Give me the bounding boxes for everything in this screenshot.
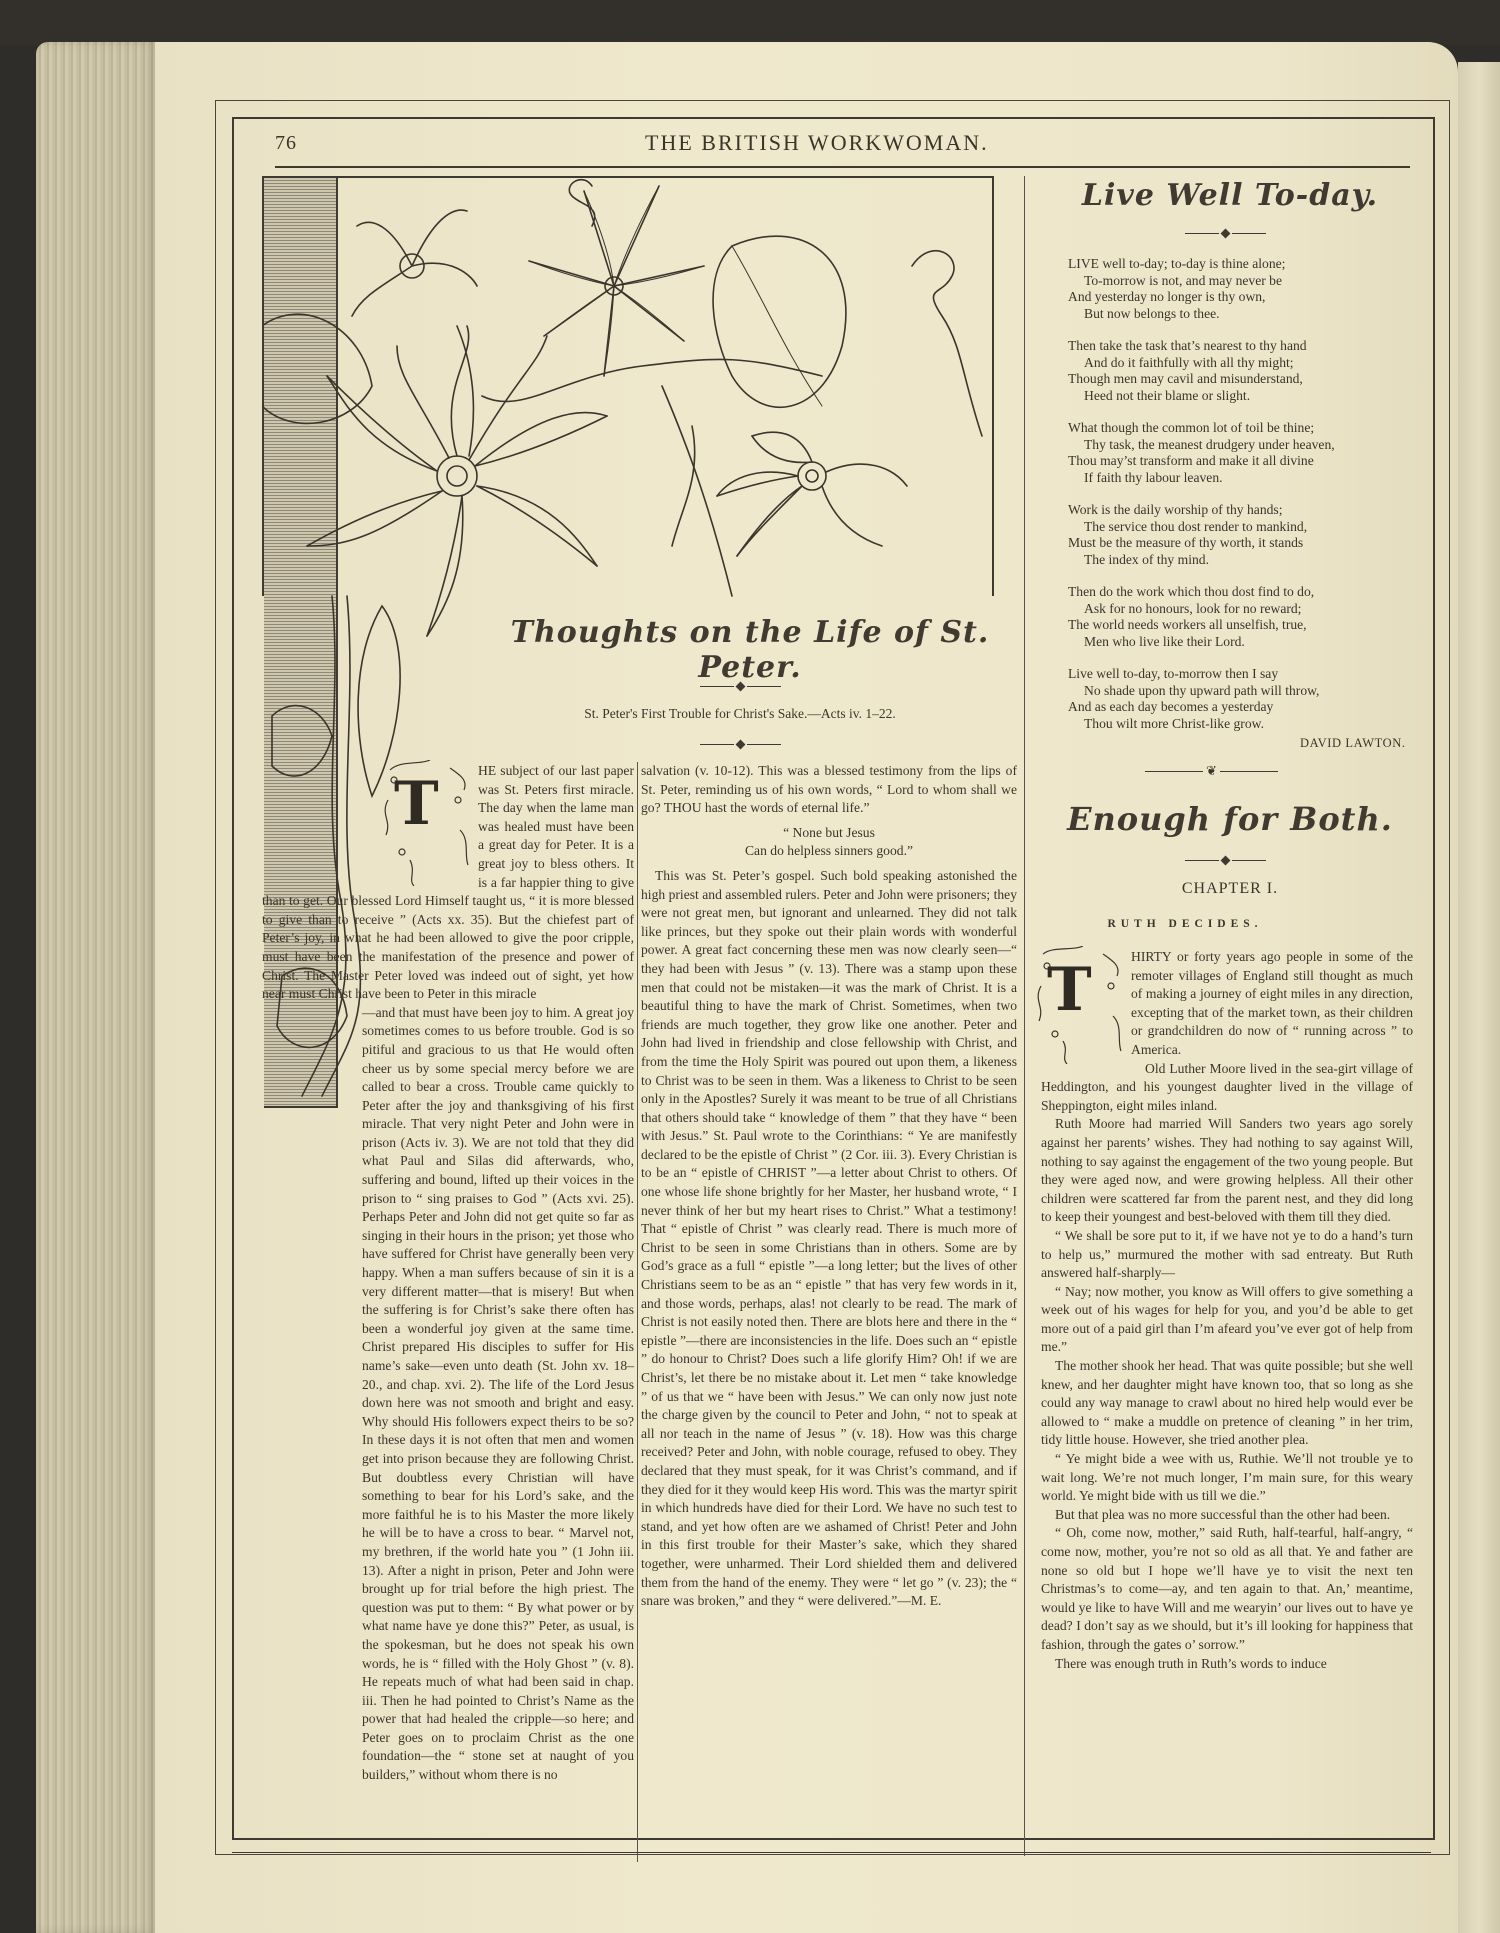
- story-title: Enough for Both.: [1040, 800, 1420, 838]
- story-paragraph: T HIRTY or forty years ago people in som…: [1041, 948, 1413, 1060]
- chapter-heading: CHAPTER I.: [1040, 880, 1420, 898]
- poem-stanza: Then take the task that’s nearest to thy…: [1068, 338, 1428, 404]
- poem-stanza: Work is the daily worship of thy hands; …: [1068, 502, 1428, 568]
- magazine-title: THE BRITISH WORKWOMAN.: [645, 130, 989, 156]
- article-paragraph: —and that must have been joy to him. A g…: [262, 1004, 634, 1785]
- ornament-rule: [700, 741, 781, 748]
- story-paragraph: “ Oh, come now, mother,” said Ruth, half…: [1041, 1524, 1413, 1654]
- drop-cap-letter: T: [1047, 960, 1089, 1020]
- footer-rule: [232, 1852, 1431, 1853]
- running-head: 76 THE BRITISH WORKWOMAN.: [275, 130, 1410, 160]
- poem-title: Live Well To-day.: [1040, 178, 1420, 213]
- story-paragraph: But that plea was no more successful tha…: [1041, 1506, 1413, 1525]
- article-paragraph: This was St. Peter’s gospel. Such bold s…: [641, 867, 1017, 1611]
- header-rule: [275, 166, 1410, 168]
- chapter-title: RUTH DECIDES.: [1040, 918, 1330, 930]
- poem-stanza: Then do the work which thou dost find to…: [1068, 584, 1428, 650]
- drop-cap: T: [1033, 946, 1125, 1064]
- article-column-2: salvation (v. 10-12). This was a blessed…: [641, 762, 1017, 1611]
- facing-page-edge: [1458, 62, 1500, 1933]
- drop-cap-letter: T: [394, 774, 436, 834]
- article-title: Thoughts on the Life of St. Peter.: [500, 615, 1000, 685]
- ornament-rule: [1185, 230, 1266, 237]
- article-column-1: T HE subject of our last paper was St. P…: [262, 762, 634, 1785]
- story-paragraph: Ruth Moore had married Will Sanders two …: [1041, 1115, 1413, 1227]
- flourish-icon: ❦: [1206, 766, 1217, 776]
- article-subtitle: St. Peter's First Trouble for Christ's S…: [470, 706, 1010, 722]
- poem-author: DAVID LAWTON.: [1300, 736, 1406, 751]
- poem-stanza: LIVE well to-day; to-day is thine alone;…: [1068, 256, 1428, 322]
- ornament-rule: [1185, 857, 1266, 864]
- poem-stanza: Live well to-day, to-morrow then I say N…: [1068, 666, 1428, 732]
- story-paragraph: The mother shook her head. That was quit…: [1041, 1357, 1413, 1450]
- column-divider: [1024, 176, 1025, 1856]
- page-number: 76: [275, 132, 297, 155]
- story-paragraph: “ We shall be sore put to it, if we have…: [1041, 1227, 1413, 1283]
- hymn-quote: “ None but Jesus Can do helpless sinners…: [641, 824, 1017, 861]
- article-paragraph: salvation (v. 10-12). This was a blessed…: [641, 762, 1017, 818]
- poem-stanza: What though the common lot of toil be th…: [1068, 420, 1428, 486]
- ornament-rule: [700, 683, 781, 690]
- story-paragraph: “ Ye might bide a wee with us, Ruthie. W…: [1041, 1450, 1413, 1506]
- story-paragraph: Old Luther Moore lived in the sea-girt v…: [1041, 1060, 1413, 1116]
- book-cover-background: [0, 0, 1500, 45]
- column-divider: [637, 762, 638, 1862]
- story-paragraph: There was enough truth in Ruth’s words t…: [1041, 1655, 1413, 1674]
- story-paragraph: “ Nay; now mother, you know as Will offe…: [1041, 1283, 1413, 1357]
- drop-cap: T: [380, 760, 472, 886]
- fancy-ornament-rule: ❦: [1145, 766, 1278, 776]
- story-column: T HIRTY or forty years ago people in som…: [1041, 948, 1413, 1673]
- poem-body: LIVE well to-day; to-day is thine alone;…: [1068, 256, 1428, 748]
- article-paragraph: T HE subject of our last paper was St. P…: [132, 762, 634, 1004]
